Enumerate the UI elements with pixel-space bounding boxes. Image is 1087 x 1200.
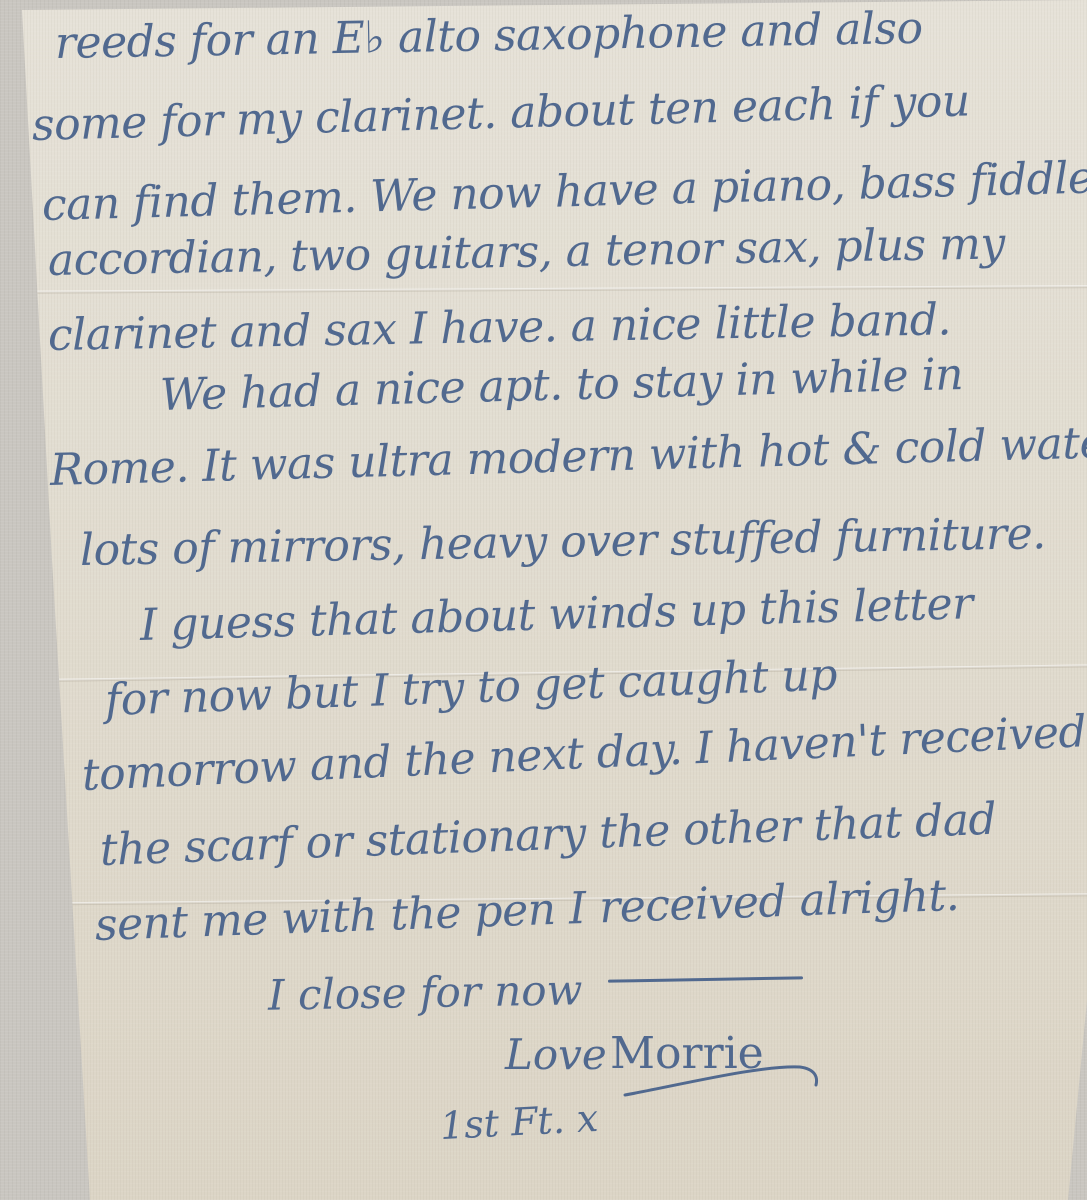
- letter-line: lots of mirrors, heavy over stuffed furn…: [80, 508, 1046, 576]
- letter-line: some for my clarinet. about ten each if …: [31, 75, 970, 151]
- letter-line: I guess that about winds up this letter: [139, 578, 973, 651]
- letter-line: accordian, two guitars, a tenor sax, plu…: [48, 218, 1006, 286]
- letter-line: reeds for an E♭ alto saxophone and also: [55, 3, 923, 69]
- fold-crease: [0, 285, 1087, 294]
- letter-paper: reeds for an E♭ alto saxophone and also …: [0, 0, 1087, 1200]
- letter-line: Rome. It was ultra modern with hot & col…: [49, 417, 1087, 496]
- postscript-text: 1st Ft. x: [439, 1096, 599, 1148]
- closing-text: I close for now: [268, 965, 583, 1019]
- closing-dash: [608, 976, 803, 982]
- letter-line: We had a nice apt. to stay in while in: [159, 349, 963, 421]
- signoff-text: Love: [505, 1030, 607, 1079]
- signature-flourish-icon: [620, 1055, 820, 1105]
- letter-line: clarinet and sax I have. a nice little b…: [48, 294, 952, 361]
- letter-line: for now but I try to get caught up: [104, 649, 838, 726]
- letter-line: sent me with the pen I received alright.: [94, 870, 960, 951]
- letter-line: the scarf or stationary the other that d…: [99, 794, 997, 876]
